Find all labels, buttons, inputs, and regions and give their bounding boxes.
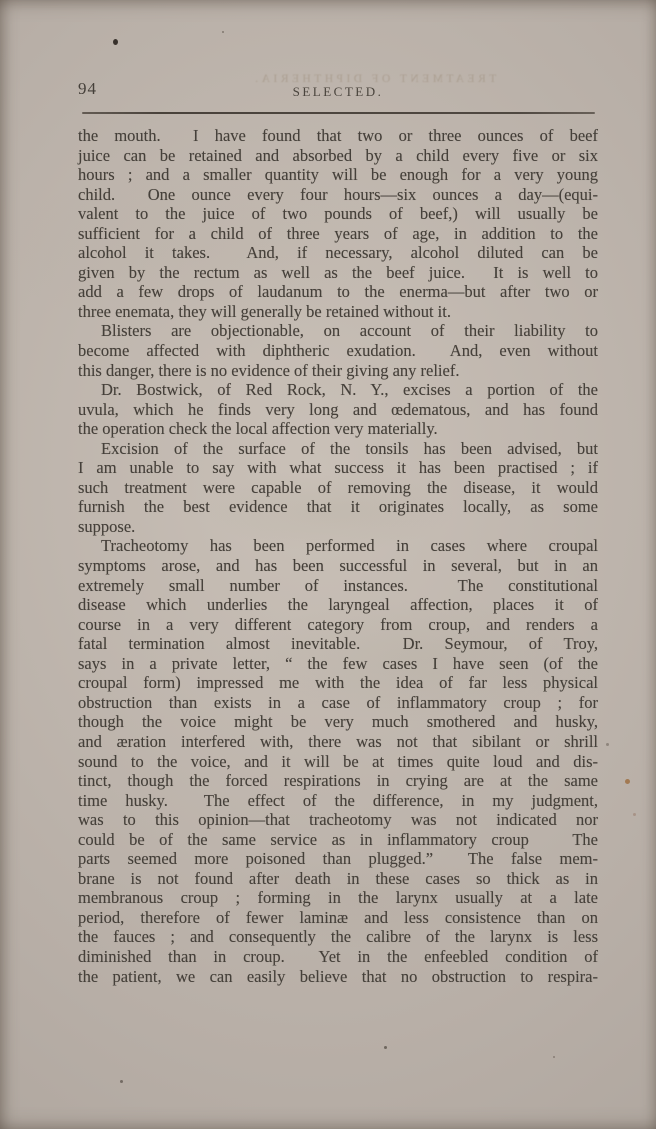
paper-speck bbox=[633, 813, 636, 816]
text-line: sufficient for a child of three years of… bbox=[78, 224, 598, 244]
text-line: Dr. Bostwick, of Red Rock, N. Y., excise… bbox=[78, 380, 598, 400]
text-line: Blisters are objectionable, on account o… bbox=[78, 321, 598, 341]
paper-speck bbox=[625, 779, 630, 784]
text-line: fatal termination almost inevitable. Dr.… bbox=[78, 634, 598, 654]
paragraph: Blisters are objectionable, on account o… bbox=[78, 321, 598, 380]
text-line: furnish the best evidence that it origin… bbox=[78, 497, 598, 517]
text-line: brane is not found after death in these … bbox=[78, 869, 598, 889]
text-line: membranous croup ; forming in the larynx… bbox=[78, 888, 598, 908]
paper-speck bbox=[120, 1080, 123, 1083]
text-line: tinct, though the forced respirations in… bbox=[78, 771, 598, 791]
paragraph: Tracheotomy has been performed in cases … bbox=[78, 536, 598, 986]
paper-speck bbox=[553, 1056, 555, 1058]
text-line: uvula, which he finds very long and œdem… bbox=[78, 400, 598, 420]
text-line: the mouth. I have found that two or thre… bbox=[78, 126, 598, 146]
text-line: hours ; and a smaller quantity will be e… bbox=[78, 165, 598, 185]
text-line: period, therefore of fewer laminæ and le… bbox=[78, 908, 598, 928]
text-line: was to this opinion—that tracheotomy was… bbox=[78, 810, 598, 830]
text-line: time husky. The effect of the difference… bbox=[78, 791, 598, 811]
text-line: Excision of the surface of the tonsils h… bbox=[78, 439, 598, 459]
text-line: disease which underlies the laryngeal af… bbox=[78, 595, 598, 615]
running-head: SELECTED. bbox=[80, 84, 596, 100]
paper-speck bbox=[384, 1046, 387, 1049]
text-line: such treatment were capable of removing … bbox=[78, 478, 598, 498]
text-line: add a few drops of laudanum to the enerm… bbox=[78, 282, 598, 302]
text-line: I am unable to say with what success it … bbox=[78, 458, 598, 478]
text-line: Tracheotomy has been performed in cases … bbox=[78, 536, 598, 556]
text-line: course in a very different category from… bbox=[78, 615, 598, 635]
text-line: become affected with diphtheric exudatio… bbox=[78, 341, 598, 361]
paragraph: Excision of the surface of the tonsils h… bbox=[78, 439, 598, 537]
text-line: parts seemed more poisoned than plugged.… bbox=[78, 849, 598, 869]
scanned-book-page: TREATMENT OF DIPHTHERIA. 94 SELECTED. th… bbox=[0, 0, 656, 1129]
text-line: the operation check the local affection … bbox=[78, 419, 598, 439]
text-line: extremely small number of instances. The… bbox=[78, 576, 598, 596]
text-line: the fauces ; and consequently the calibr… bbox=[78, 927, 598, 947]
text-line: says in a private letter, “ the few case… bbox=[78, 654, 598, 674]
text-line: and æration interfered with, there was n… bbox=[78, 732, 598, 752]
paper-speck bbox=[113, 39, 118, 45]
text-line: the patient, we can easily believe that … bbox=[78, 967, 598, 987]
text-line: child. One ounce every four hours—six ou… bbox=[78, 185, 598, 205]
text-line: given by the rectum as well as the beef … bbox=[78, 263, 598, 283]
text-line: croupal form) impressed me with the idea… bbox=[78, 673, 598, 693]
text-line: juice can be retained and absorbed by a … bbox=[78, 146, 598, 166]
text-block: the mouth. I have found that two or thre… bbox=[78, 126, 598, 986]
text-line: alcohol it takes. And, if necessary, alc… bbox=[78, 243, 598, 263]
text-line: valent to the juice of two pounds of bee… bbox=[78, 204, 598, 224]
text-line: this danger, there is no evidence of the… bbox=[78, 361, 598, 381]
paper-speck bbox=[222, 31, 224, 33]
paragraph: the mouth. I have found that two or thre… bbox=[78, 126, 598, 321]
text-line: obstruction than exists in a case of inf… bbox=[78, 693, 598, 713]
text-line: three enemata, they will generally be re… bbox=[78, 302, 598, 322]
text-line: diminished than in croup. Yet in the enf… bbox=[78, 947, 598, 967]
text-line: could be of the same service as in infla… bbox=[78, 830, 598, 850]
paragraph: Dr. Bostwick, of Red Rock, N. Y., excise… bbox=[78, 380, 598, 439]
header-rule bbox=[82, 112, 595, 114]
text-line: sound to the voice, and it will be at ti… bbox=[78, 752, 598, 772]
text-line: suppose. bbox=[78, 517, 598, 537]
text-line: symptoms arose, and has been successful … bbox=[78, 556, 598, 576]
paper-speck bbox=[606, 743, 609, 746]
text-line: though the voice might be very much smot… bbox=[78, 712, 598, 732]
